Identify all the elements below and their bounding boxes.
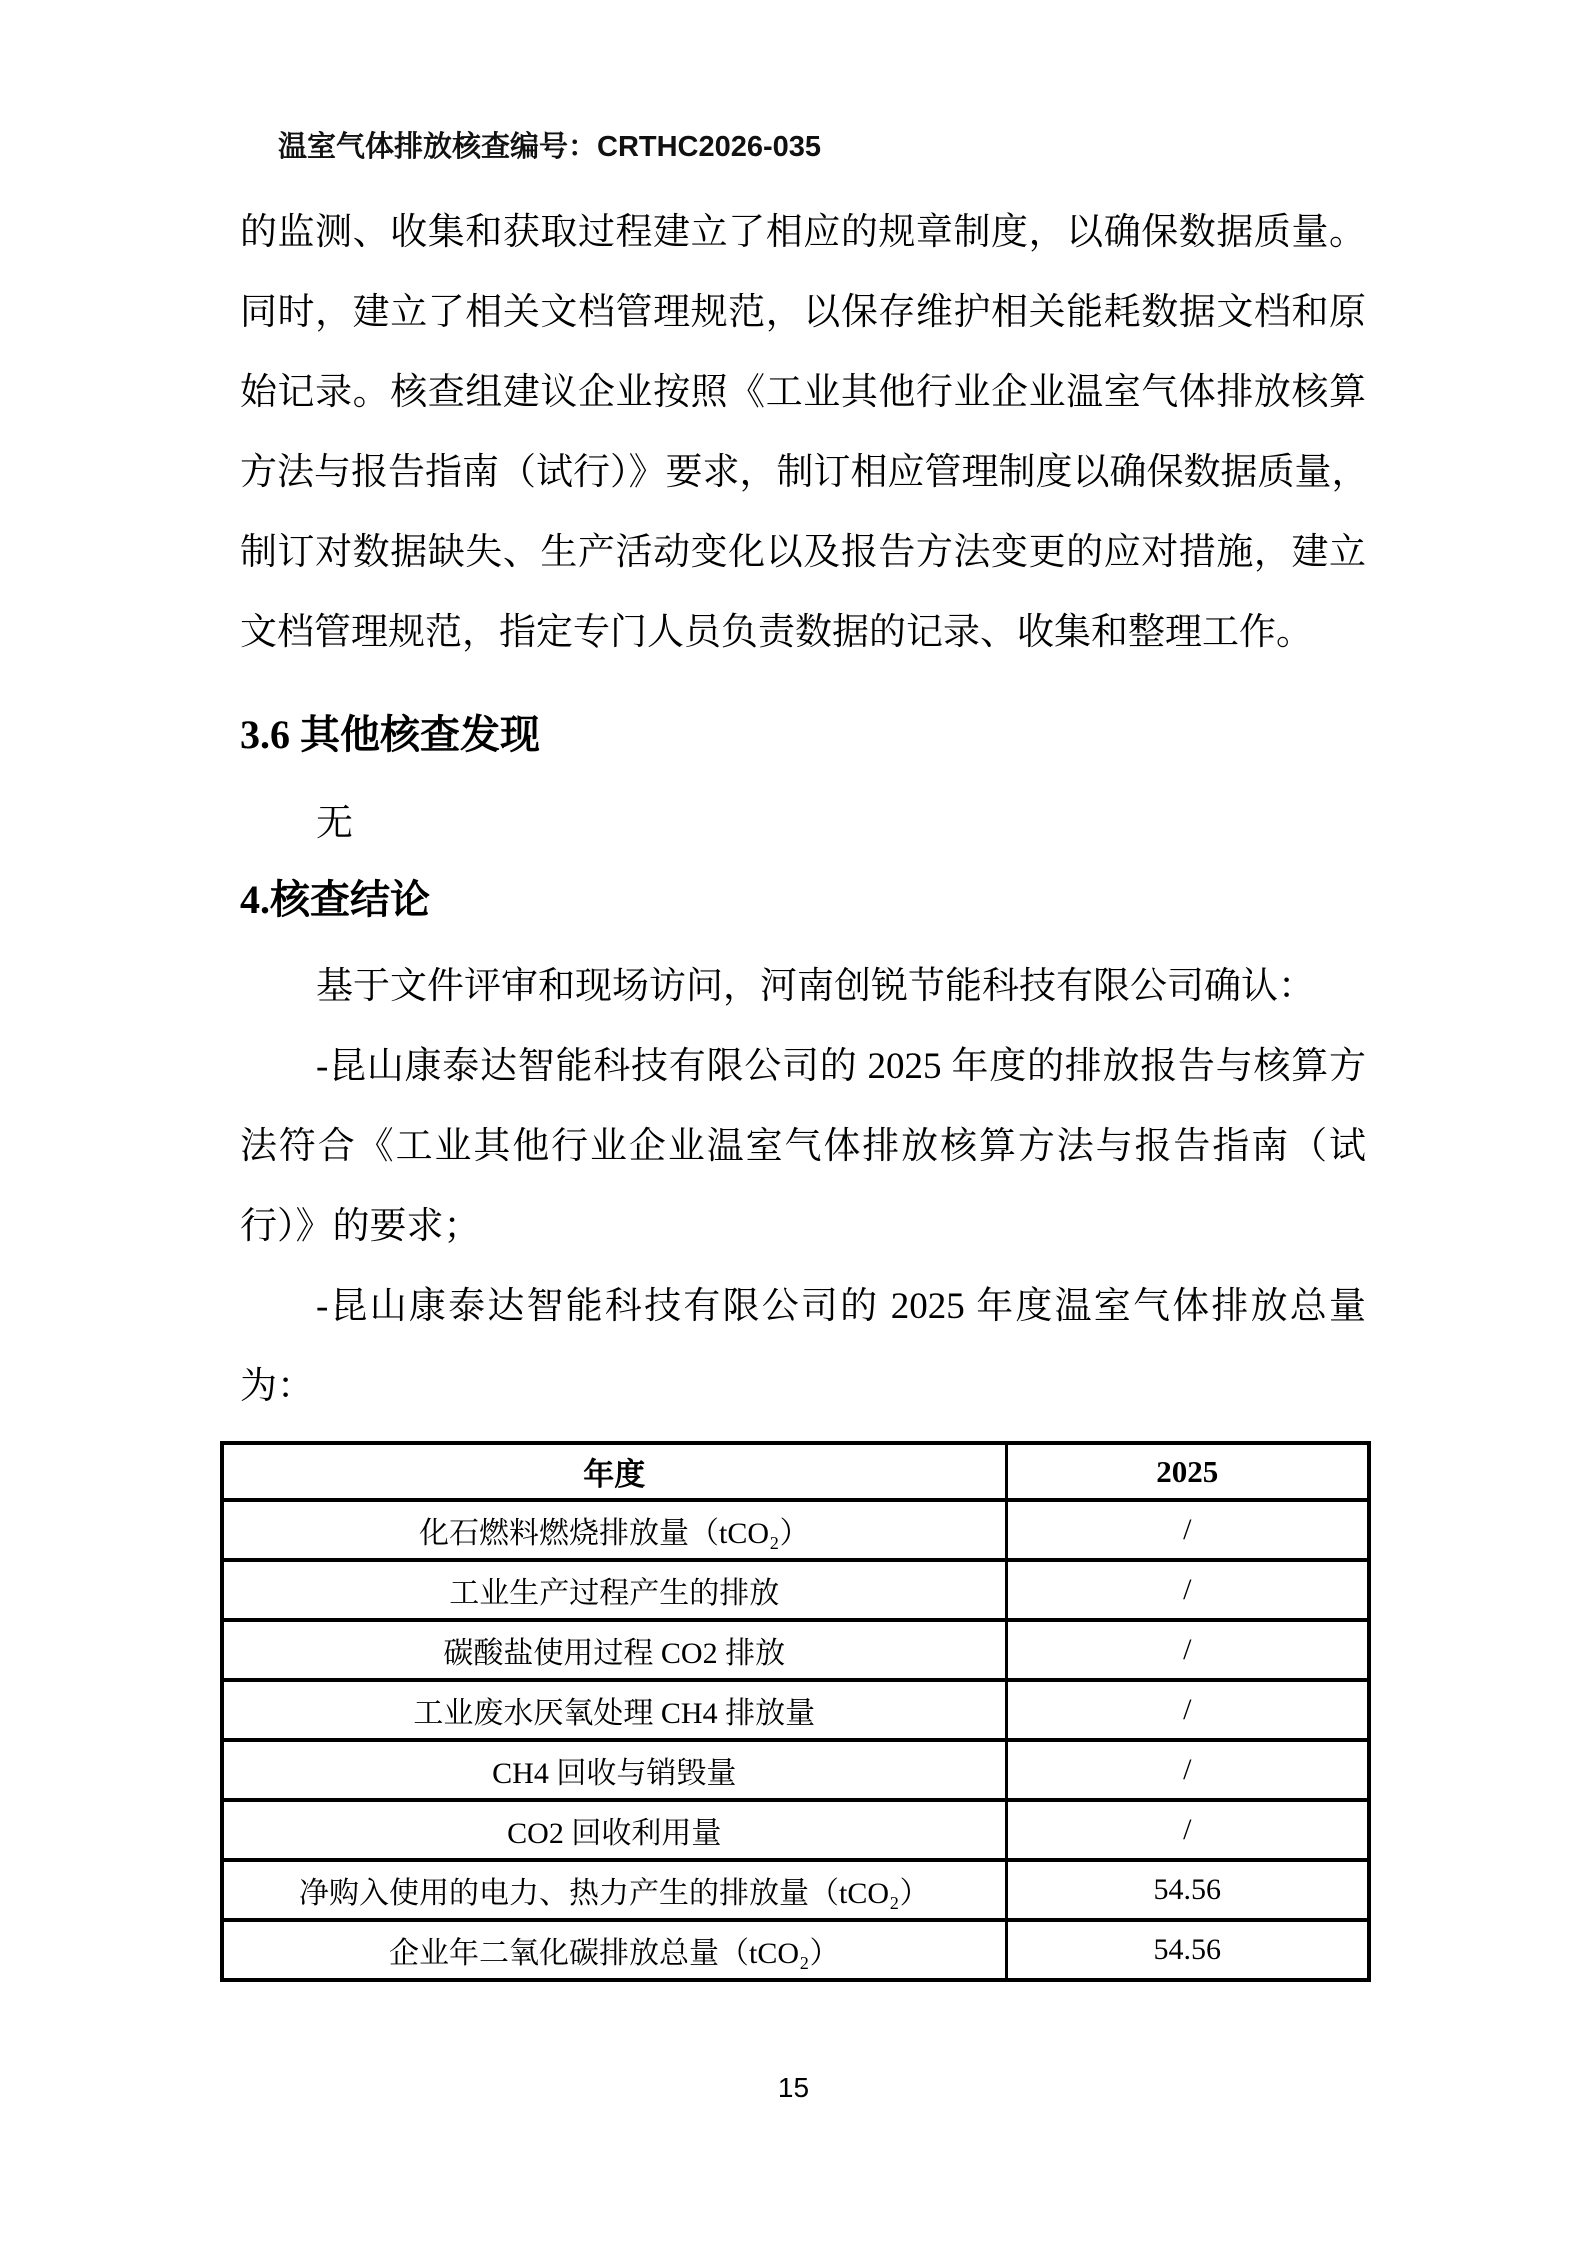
row-value-cell: /	[1006, 1800, 1369, 1860]
row-label-cell: 碳酸盐使用过程 CO2 排放	[222, 1620, 1006, 1680]
none-finding-text: 无	[240, 784, 1366, 864]
row-value-cell: /	[1006, 1680, 1369, 1740]
paragraph-line: -昆山康泰达智能科技有限公司的 2025 年度温室气体排放总量	[240, 1267, 1366, 1347]
table-row: 净购入使用的电力、热力产生的排放量（tCO₂） 54.56	[222, 1860, 1369, 1920]
paragraph-line: 方法与报告指南（试行）》要求，制订相应管理制度以确保数据质量，	[240, 433, 1366, 513]
paragraph-line: 行）》的要求；	[240, 1187, 1366, 1267]
row-value-cell: 54.56	[1006, 1860, 1369, 1920]
paragraph-line: 同时，建立了相关文档管理规范，以保存维护相关能耗数据文档和原	[240, 273, 1366, 353]
year-header-cell: 年度	[222, 1443, 1006, 1500]
row-label-cell: 工业废水厌氧处理 CH4 排放量	[222, 1680, 1006, 1740]
year-value-header-cell: 2025	[1006, 1443, 1369, 1500]
paragraph-line: 制订对数据缺失、生产活动变化以及报告方法变更的应对措施，建立	[240, 513, 1366, 593]
row-value-cell: 54.56	[1006, 1920, 1369, 1980]
table-row: 企业年二氧化碳排放总量（tCO₂） 54.56	[222, 1920, 1369, 1980]
row-label-cell: 企业年二氧化碳排放总量（tCO₂）	[222, 1920, 1006, 1980]
section-heading-4: 4.核查结论	[240, 874, 1367, 926]
table-header-row: 年度 2025	[222, 1443, 1369, 1500]
row-label-cell: CO2 回收利用量	[222, 1800, 1006, 1860]
table-row: 碳酸盐使用过程 CO2 排放 /	[222, 1620, 1369, 1680]
row-value-cell: /	[1006, 1740, 1369, 1800]
paragraph-line: -昆山康泰达智能科技有限公司的 2025 年度的排放报告与核算方	[240, 1027, 1366, 1107]
row-value-cell: /	[1006, 1560, 1369, 1620]
page-content: 的监测、收集和获取过程建立了相应的规章制度，以确保数据质量。 同时，建立了相关文…	[220, 0, 1367, 2108]
conclusion-paragraphs: 基于文件评审和现场访问，河南创锐节能科技有限公司确认： -昆山康泰达智能科技有限…	[220, 947, 1367, 1427]
paragraph-line: 始记录。核查组建议企业按照《工业其他行业企业温室气体排放核算	[240, 353, 1366, 433]
row-value-cell: /	[1006, 1500, 1369, 1560]
paragraph-continuation: 的监测、收集和获取过程建立了相应的规章制度，以确保数据质量。 同时，建立了相关文…	[220, 193, 1367, 673]
row-label-cell: 工业生产过程产生的排放	[222, 1560, 1006, 1620]
table-row: CO2 回收利用量 /	[222, 1800, 1369, 1860]
emission-summary-table: 年度 2025 化石燃料燃烧排放量（tCO₂） / 工业生产过程产生的排放 / …	[220, 1441, 1371, 1982]
row-label-cell: 净购入使用的电力、热力产生的排放量（tCO₂）	[222, 1860, 1006, 1920]
section-heading-3-6: 3.6 其他核查发现	[240, 709, 1367, 761]
paragraph-line: 文档管理规范，指定专门人员负责数据的记录、收集和整理工作。	[240, 593, 1366, 673]
page-number: 15	[220, 2068, 1367, 2108]
table-row: CH4 回收与销毁量 /	[222, 1740, 1369, 1800]
table-row: 化石燃料燃烧排放量（tCO₂） /	[222, 1500, 1369, 1560]
row-label-cell: CH4 回收与销毁量	[222, 1740, 1006, 1800]
paragraph-line: 基于文件评审和现场访问，河南创锐节能科技有限公司确认：	[240, 947, 1366, 1027]
table-row: 工业废水厌氧处理 CH4 排放量 /	[222, 1680, 1369, 1740]
row-label-cell: 化石燃料燃烧排放量（tCO₂）	[222, 1500, 1006, 1560]
paragraph-line: 法符合《工业其他行业企业温室气体排放核算方法与报告指南（试	[240, 1107, 1366, 1187]
table-row: 工业生产过程产生的排放 /	[222, 1560, 1369, 1620]
paragraph-line: 为：	[240, 1347, 1366, 1427]
row-value-cell: /	[1006, 1620, 1369, 1680]
paragraph-line: 的监测、收集和获取过程建立了相应的规章制度，以确保数据质量。	[240, 193, 1366, 273]
document-page: 温室气体排放核查编号：CRTHC2026-035 的监测、收集和获取过程建立了相…	[0, 0, 1587, 2245]
